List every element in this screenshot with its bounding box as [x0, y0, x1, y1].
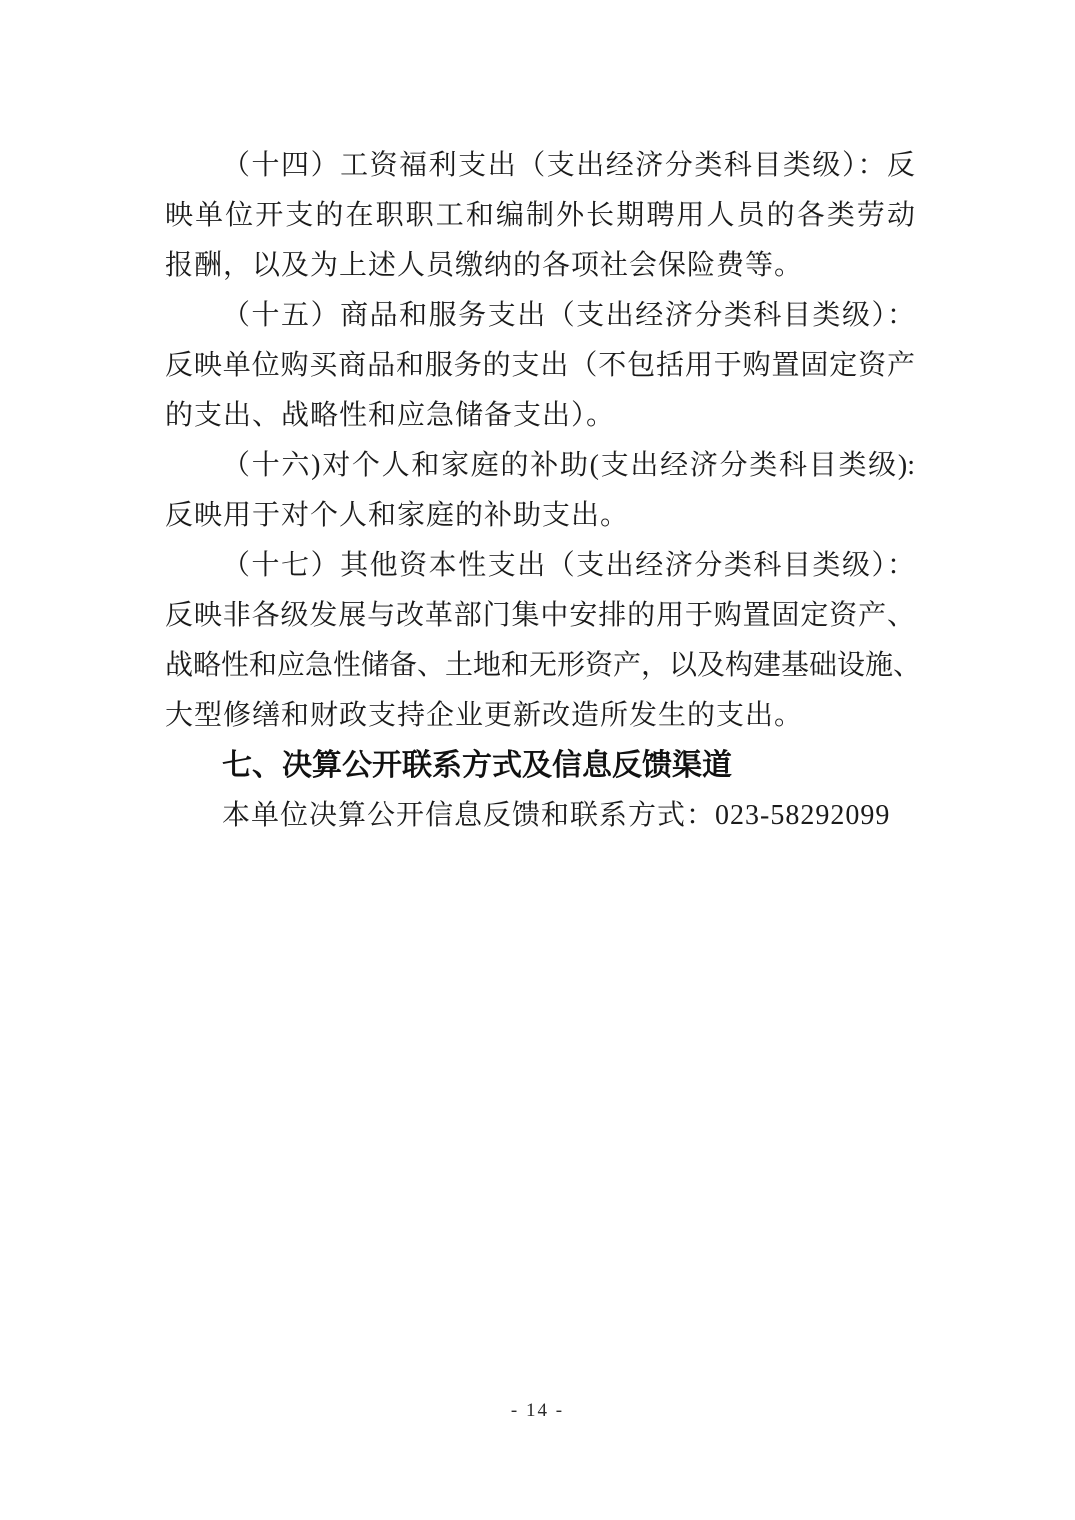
section-heading-line: 七、决算公开联系方式及信息反馈渠道	[165, 741, 915, 791]
text-line: 本单位决算公开信息反馈和联系方式：023-58292099	[165, 791, 915, 841]
para-14-salary-welfare-expenditure: （十四）工资福利支出（支出经济分类科目类级）：反映单位开支的在职职工和编制外长期…	[165, 141, 915, 291]
text-line: 战略性和应急性储备、土地和无形资产，以及构建基础设施、	[165, 641, 915, 691]
text-line: （十五）商品和服务支出（支出经济分类科目类级）：	[165, 291, 915, 341]
page-number: - 14 -	[0, 1400, 1075, 1422]
text-line: 的支出、战略性和应急储备支出）。	[165, 391, 915, 441]
text-line: 反映用于对个人和家庭的补助支出。	[165, 491, 915, 541]
text-line: （十四）工资福利支出（支出经济分类科目类级）：反	[165, 141, 915, 191]
para-17-other-capital-expenditure: （十七）其他资本性支出（支出经济分类科目类级）：反映非各级发展与改革部门集中安排…	[165, 541, 915, 741]
text-line: 反映非各级发展与改革部门集中安排的用于购置固定资产、	[165, 591, 915, 641]
para-15-goods-services-expenditure: （十五）商品和服务支出（支出经济分类科目类级）：反映单位购买商品和服务的支出（不…	[165, 291, 915, 441]
para-16-subsidies-individuals-families: （十六)对个人和家庭的补助(支出经济分类科目类级):反映用于对个人和家庭的补助支…	[165, 441, 915, 541]
document-body: （十四）工资福利支出（支出经济分类科目类级）：反映单位开支的在职职工和编制外长期…	[165, 141, 915, 841]
text-line: （十六)对个人和家庭的补助(支出经济分类科目类级):	[165, 441, 915, 491]
para-contact-phone: 本单位决算公开信息反馈和联系方式：023-58292099	[165, 791, 915, 841]
text-line: （十七）其他资本性支出（支出经济分类科目类级）：	[165, 541, 915, 591]
text-line: 大型修缮和财政支持企业更新改造所发生的支出。	[165, 691, 915, 741]
text-line: 报酬，以及为上述人员缴纳的各项社会保险费等。	[165, 241, 915, 291]
document-page: （十四）工资福利支出（支出经济分类科目类级）：反映单位开支的在职职工和编制外长期…	[0, 0, 1075, 1520]
heading-7-disclosure-contact-feedback: 七、决算公开联系方式及信息反馈渠道	[165, 741, 915, 791]
text-line: 反映单位购买商品和服务的支出（不包括用于购置固定资产	[165, 341, 915, 391]
text-line: 映单位开支的在职职工和编制外长期聘用人员的各类劳动	[165, 191, 915, 241]
